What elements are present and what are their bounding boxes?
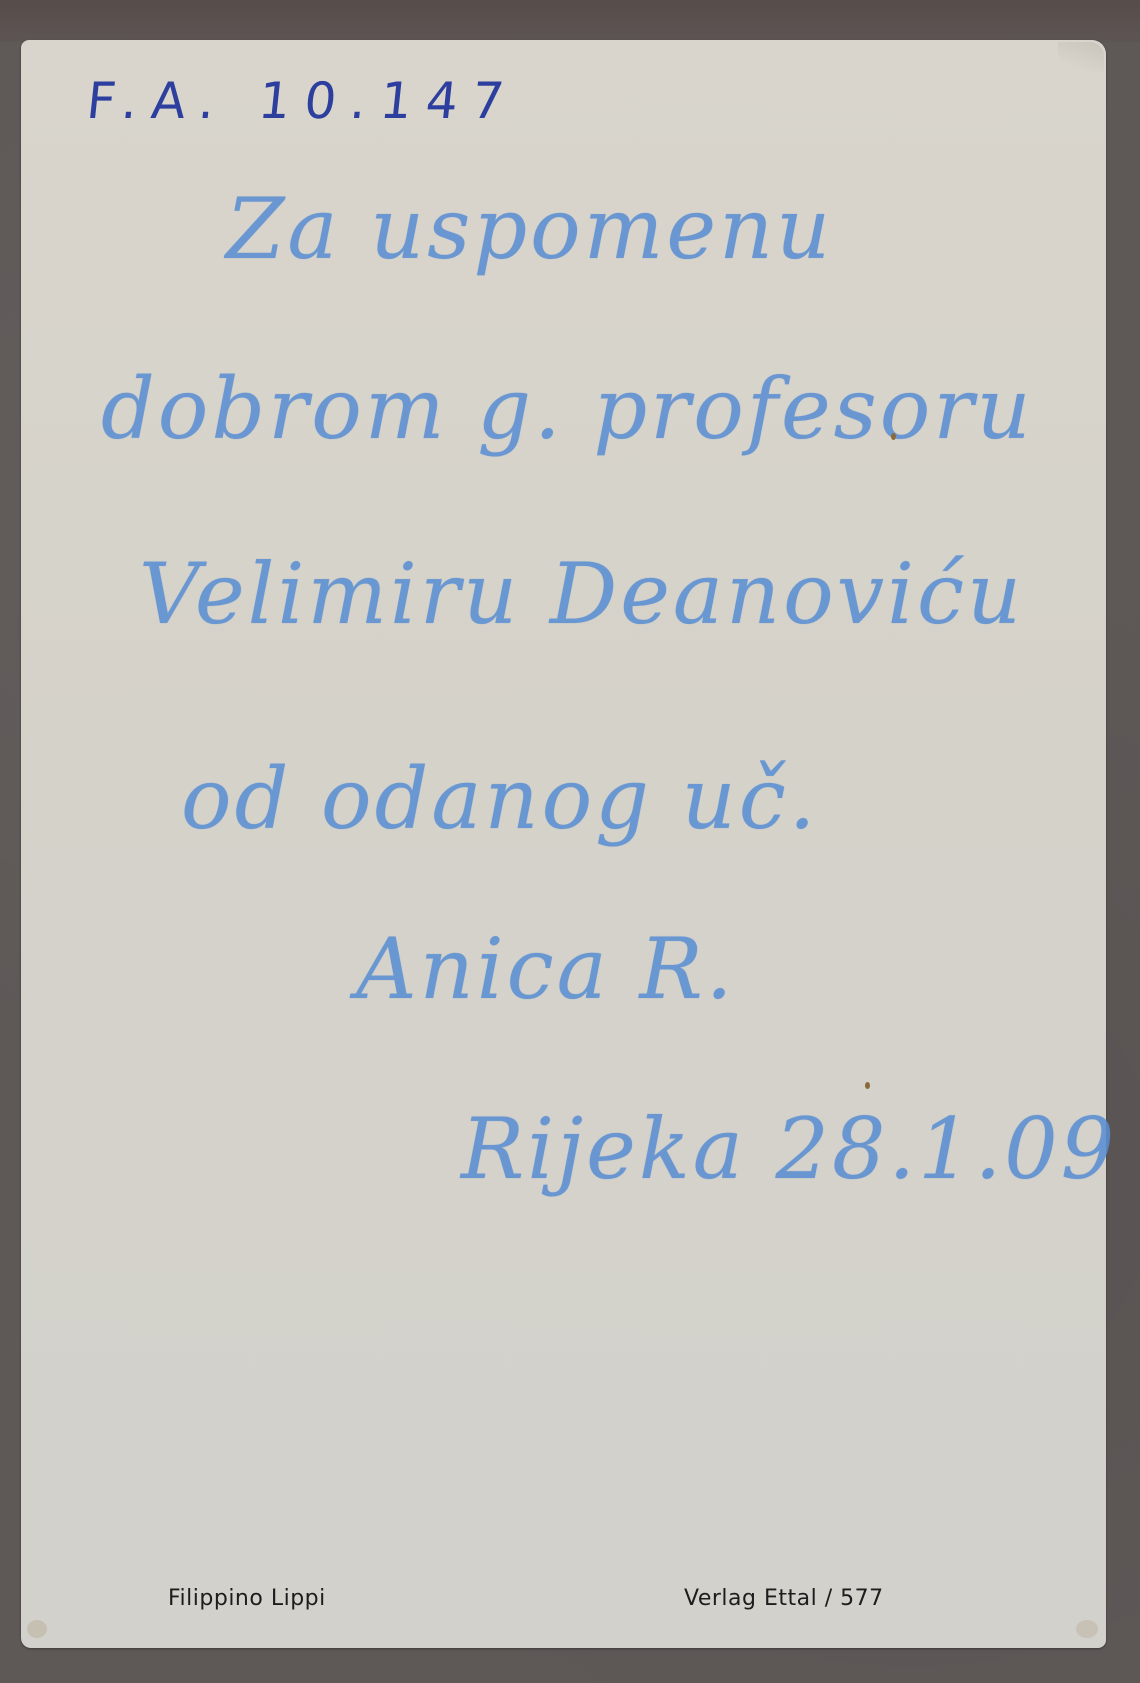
- frame-background: [0, 0, 1140, 42]
- inscription-line-4: od odanog uč.: [181, 750, 818, 848]
- inscription-line-1: Za uspomenu: [226, 180, 833, 278]
- paper-speck: [891, 433, 896, 440]
- corner-stain: [1076, 1620, 1098, 1638]
- artist-credit: Filippino Lippi: [168, 1586, 326, 1611]
- archive-number: F.A. 10.147: [84, 72, 521, 130]
- inscription-place-date: Rijeka 28.1.09 g.: [461, 1100, 1140, 1198]
- inscription-line-3: Velimiru Deanoviću: [139, 545, 1024, 643]
- publisher-credit: Verlag Ettal / 577: [684, 1586, 884, 1611]
- inscription-signature: Anica R.: [356, 920, 735, 1018]
- inscription-line-2: dobrom g. profesoru: [101, 360, 1034, 458]
- paper-speck: [865, 1082, 870, 1089]
- corner-wear: [1058, 42, 1104, 72]
- postcard-back: F.A. 10.147 Za uspomenu dobrom g. profes…: [21, 40, 1106, 1648]
- corner-stain: [27, 1620, 47, 1638]
